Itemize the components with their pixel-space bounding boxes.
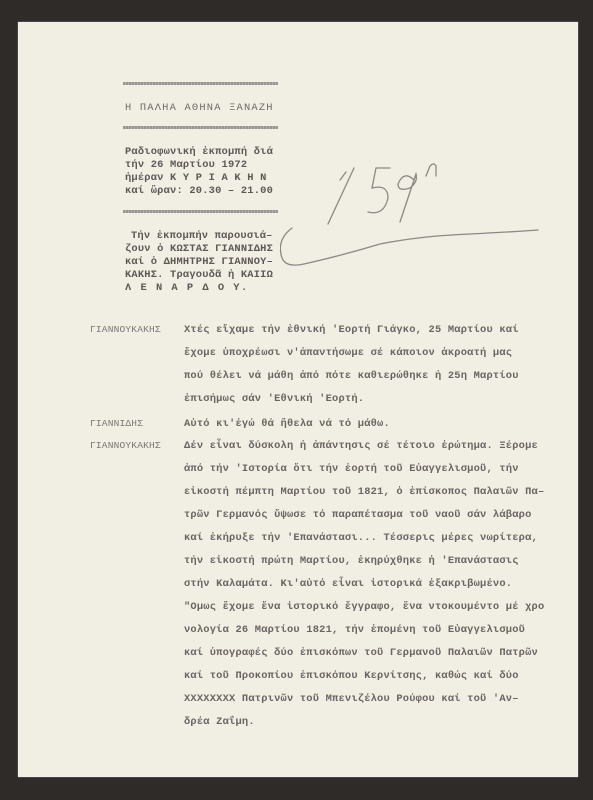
dialogue-line: πού θέλει νά μάθη ἀπό πότε καθιερώθηκε ἡ… bbox=[184, 371, 519, 381]
top-rule-divider bbox=[123, 82, 278, 85]
presenters-line: ΚΑΚΗΣ. Τραγουδᾶ ἡ ΚΑΙΙΩ bbox=[125, 270, 273, 280]
presenters-line: Λ Ε Ν Α Ρ Δ Ο Υ. bbox=[125, 283, 249, 293]
dialogue-line: τρῶν Γερμανός ὕψωσε τό παραπέτασμα τοῦ ν… bbox=[184, 510, 532, 520]
dialogue-line: ἔχομε ὑποχρέωσι ν'ἀπαντήσωμε σέ κάποιον … bbox=[184, 348, 512, 358]
document-page: Η ΠΑΛΗΑ ΑΘΗΝΑ ΞΑΝΑΖΗ Ραδιοφωνική ἐκπομπή… bbox=[18, 22, 578, 777]
dialogue-line: ἐπισήμως σάν 'Εθνική 'Εορτή. bbox=[184, 394, 364, 404]
speaker-label: ΓΙΑΝΝΟΥΚΑΚΗΣ bbox=[90, 441, 161, 451]
dialogue-line: XXXXXXXX Πατρινῶν τοῦ Μπενιζέλου Ρούφου … bbox=[184, 694, 519, 704]
dialogue-line: στήν Καλαμάτα. Κι'αὐτό εἶναι ἱστορικά ἐξ… bbox=[184, 579, 512, 589]
dialogue-line: εἰκοστή πέμπτη Μαρτίου τοῦ 1821, ὁ ἐπίσκ… bbox=[184, 487, 544, 497]
dialogue-line: καί ὑπογραφές δύο ἐπισκόπων τοῦ Γερμανοῦ… bbox=[184, 648, 538, 658]
dialogue-line: νολογία 26 Μαρτίου 1821, τήν ἐπομένη τοῦ… bbox=[184, 625, 525, 635]
handwritten-page-number bbox=[280, 140, 560, 270]
dialogue-line: Αὐτό κι'ἐγώ θά ἤθελα νά τό μάθω. bbox=[184, 419, 390, 429]
dialogue-line: ἀπό τήν 'Ιστορία ὅτι τήν ἑορτή τοῦ Εὐαγγ… bbox=[184, 464, 519, 474]
title-rule-divider bbox=[123, 126, 278, 129]
dialogue-line: Χτές εἴχαμε τήν ἐθνική 'Εορτή Γιάγκο, 25… bbox=[184, 325, 519, 335]
dialogue-line: καί ἐκήρυξε τήν 'Επανάστασι... Τέσσερις … bbox=[184, 533, 538, 543]
dialogue-line: "Ομως ἔχομε ἕνα ἱστορικό ἔγγραφο, ἕνα ντ… bbox=[184, 602, 544, 612]
speaker-label: ΓΙΑΝΝΙΔΗΣ bbox=[90, 419, 143, 429]
broadcast-line: ἡμέραν Κ Υ Ρ Ι Α Κ Η Ν bbox=[125, 173, 267, 183]
presenters-line: Τήν ἐκπομπήν παρουσιά– bbox=[131, 231, 273, 241]
broadcast-line: τήν 26 Μαρτίου 1972 bbox=[125, 160, 247, 170]
speaker-label: ΓΙΑΝΝΟΥΚΑΚΗΣ bbox=[90, 325, 161, 335]
presenters-rule-divider bbox=[123, 210, 278, 213]
dialogue-line: καί τοῦ Προκοπίου ἐπισκόπου Κερνίτσης, κ… bbox=[184, 671, 519, 681]
program-title: Η ΠΑΛΗΑ ΑΘΗΝΑ ΞΑΝΑΖΗ bbox=[125, 103, 274, 113]
broadcast-line: καί ὥραν: 20.30 – 21.00 bbox=[125, 186, 273, 196]
dialogue-line: Δέν εἶναι δύσκολη ἡ ἀπάντησις σέ τέτοιο … bbox=[184, 441, 538, 451]
dialogue-line: δρέα Ζαΐμη. bbox=[184, 717, 255, 727]
presenters-line: καί ὁ ΔΗΜΗΤΡΗΣ ΓΙΑΝΝΟΥ– bbox=[125, 257, 273, 267]
dialogue-line: τήν εἰκοστή πρώτη Μαρτίου, ἐκηρύχθηκε ἡ … bbox=[184, 556, 519, 566]
presenters-line: ζουν ὁ ΚΩΣΤΑΣ ΓΙΑΝΝΙΔΗΣ bbox=[125, 244, 273, 254]
broadcast-line: Ραδιοφωνική ἐκπομπή διά bbox=[125, 147, 273, 157]
